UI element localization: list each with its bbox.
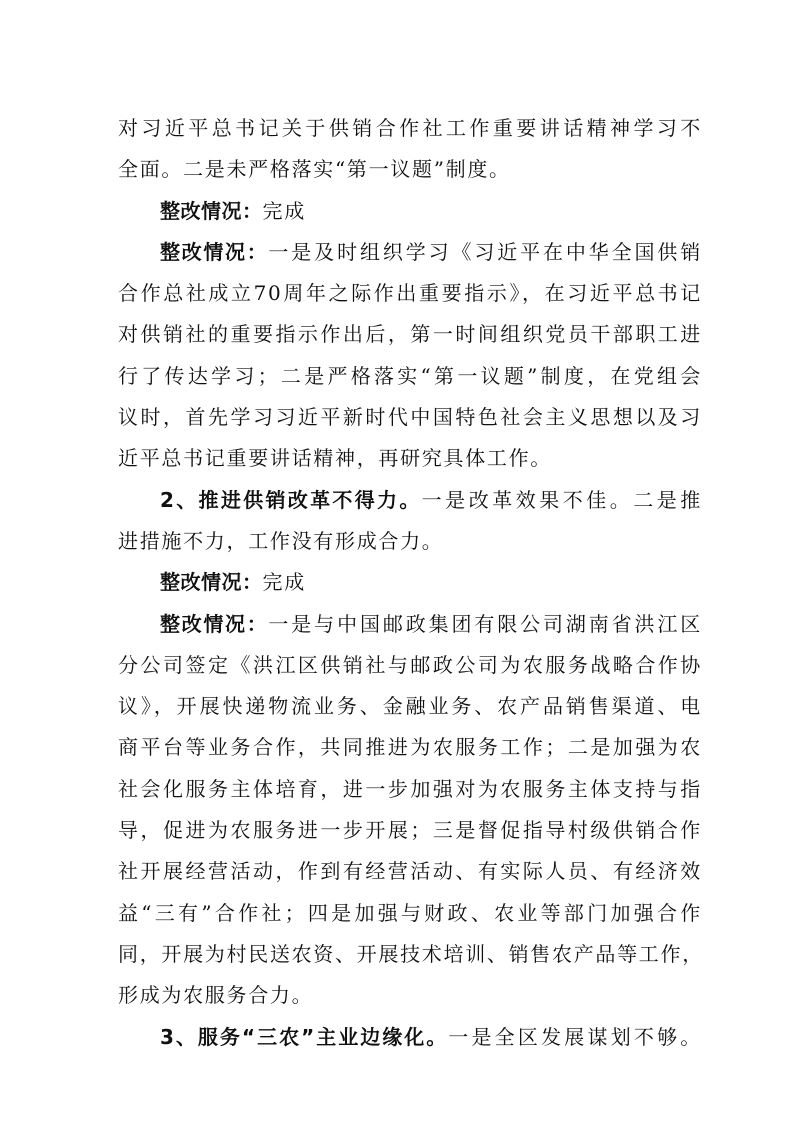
text-line: 导，促进为农服务进一步开展；三是督促指导村级供销合作 <box>118 810 702 851</box>
text-line: 同，开展为村民送农资、开展技术培训、销售农产品等工作， <box>118 934 702 975</box>
text-line: 对供销社的重要指示作出后，第一时间组织党员干部职工进 <box>118 314 702 355</box>
text-line: 行了传达学习；二是严格落实“第一议题”制度，在党组会 <box>118 356 702 397</box>
document-page: 对习近平总书记关于供销合作社工作重要讲话精神学习不 全面。二是未严格落实“第一议… <box>118 108 702 1058</box>
issue-heading: 3、服务“三农”主业边缘化。 <box>160 1025 448 1049</box>
text-line: 社开展经营活动，作到有经营活动、有实际人员、有经济效 <box>118 851 702 892</box>
text-line: 近平总书记重要讲话精神，再研究具体工作。 <box>118 438 702 479</box>
text-line: 对习近平总书记关于供销合作社工作重要讲话精神学习不 <box>118 108 702 149</box>
issue-heading: 2、推进供销改革不得力。 <box>160 488 422 512</box>
text-line: 议时，首先学习习近平新时代中国特色社会主义思想以及习 <box>118 397 702 438</box>
text-line: 议》，开展快递物流业务、金融业务、农产品销售渠道、电 <box>118 686 702 727</box>
issue-heading-line: 2、推进供销改革不得力。一是改革效果不佳。二是推 <box>118 480 702 521</box>
text-line: 益“三有”合作社；四是加强与财政、农业等部门加强合作 <box>118 893 702 934</box>
rectification-label: 整改情况： <box>160 240 268 264</box>
text-line: 合作总社成立70周年之际作出重要指示》，在习近平总书记 <box>118 273 702 314</box>
rectification-text: 一是与中国邮政集团有限公司湖南省洪江区 <box>268 612 702 636</box>
rectification-label: 整改情况： <box>160 612 268 636</box>
rectification-status-line: 整改情况：完成 <box>118 191 702 232</box>
rectification-first-line: 整改情况：一是及时组织学习《习近平在中华全国供销 <box>118 232 702 273</box>
issue-heading-line: 3、服务“三农”主业边缘化。一是全区发展谋划不够。 <box>118 1017 702 1058</box>
text-line: 形成为农服务合力。 <box>118 975 702 1016</box>
rectification-first-line: 整改情况：一是与中国邮政集团有限公司湖南省洪江区 <box>118 604 702 645</box>
text-line: 进措施不力，工作没有形成合力。 <box>118 521 702 562</box>
text-line: 全面。二是未严格落实“第一议题”制度。 <box>118 149 702 190</box>
rectification-status: 完成 <box>263 199 306 223</box>
rectification-status-line: 整改情况：完成 <box>118 562 702 603</box>
rectification-label: 整改情况： <box>160 199 263 223</box>
text-line: 商平台等业务合作，共同推进为农服务工作；二是加强为农 <box>118 727 702 768</box>
rectification-status: 完成 <box>263 570 306 594</box>
rectification-text: 一是及时组织学习《习近平在中华全国供销 <box>268 240 702 264</box>
text-line: 社会化服务主体培育，进一步加强对为农服务主体支持与指 <box>118 769 702 810</box>
issue-text: 一是全区发展谋划不够。 <box>448 1025 702 1049</box>
issue-text: 一是改革效果不佳。二是推 <box>422 488 702 512</box>
text-line: 分公司签定《洪江区供销社与邮政公司为农服务战略合作协 <box>118 645 702 686</box>
rectification-label: 整改情况： <box>160 570 263 594</box>
